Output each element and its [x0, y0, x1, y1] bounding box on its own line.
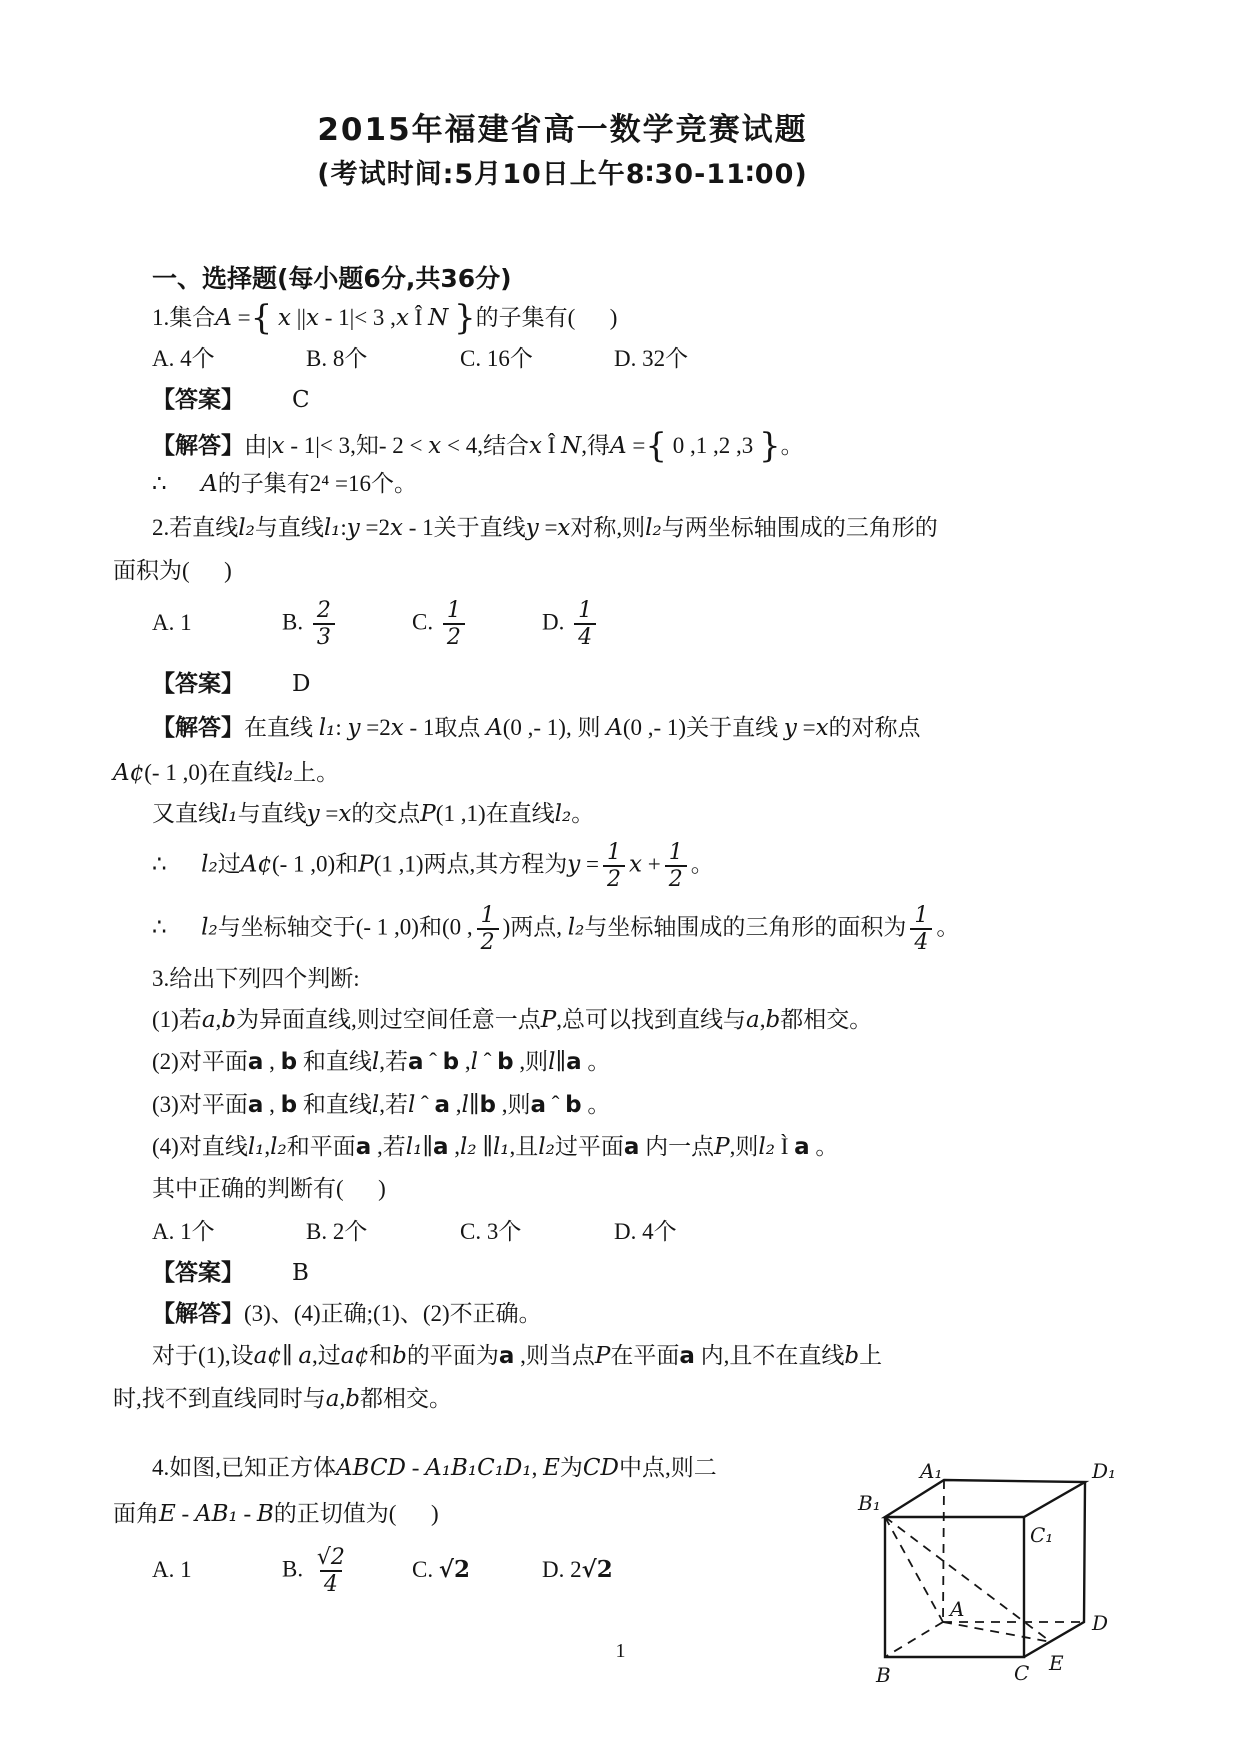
- q3-judgment-1: (1)若a,b为异面直线,则过空间任意一点P,总可以找到直线与a,b都相交。: [152, 1004, 872, 1036]
- q4-option-a: A. 1: [152, 1554, 278, 1585]
- q1-answer-line: 【答案】C: [152, 384, 310, 416]
- q4-option-d: D. 2√2: [542, 1554, 668, 1585]
- q2-stem-line2: 面积为( ): [113, 555, 232, 586]
- q1-answer-value: C: [292, 387, 310, 413]
- q1-conclusion: ∴ A的子集有2⁴ =16个。: [152, 468, 417, 500]
- q2-answer-label: 【答案】: [152, 671, 244, 696]
- q3-judgment-4: (4)对直线l₁,l₂和平面a ,若l₁∥a ,l₂ ∥l₁,且l₂过平面a 内…: [152, 1131, 838, 1163]
- q2-answer-value: D: [292, 671, 310, 697]
- q2-option-a: A. 1: [152, 607, 278, 638]
- q3-options: A. 1个B. 2个C. 3个D. 4个: [152, 1216, 768, 1247]
- q3-solution-line1: 【解答】(3)、(4)正确;(1)、(2)不正确。: [152, 1298, 542, 1329]
- q2-options: A. 1B. 23C. 12D. 14: [152, 598, 672, 651]
- q2-solution-line2: A¢(- 1 ,0)在直线l₂上。: [113, 757, 339, 789]
- q1-option-b: B. 8个: [306, 343, 456, 374]
- q2-option-b: B. 23: [282, 598, 408, 651]
- cube-hidden-edges: [885, 1480, 1084, 1657]
- q3-option-c: C. 3个: [460, 1216, 610, 1247]
- q2-answer-line: 【答案】D: [152, 668, 310, 700]
- cube-diagonals: [885, 1517, 1051, 1642]
- q3-stem2: 其中正确的判断有( ): [152, 1173, 386, 1204]
- vertex-label-a: A: [948, 1597, 964, 1621]
- q2-stem-line1: 2.若直线l₂与直线l₁:y =2x - 1关于直线y =x对称,则l₂与两坐标…: [152, 512, 938, 544]
- q1-answer-label: 【答案】: [152, 387, 244, 412]
- q3-solution-line2: 对于(1),设a¢∥ a,过a¢和b的平面为a ,则当点P在平面a 内,且不在直…: [152, 1340, 882, 1372]
- q3-judgment-2: (2)对平面a , b 和直线l,若a ˆ b ,l ˆ b ,则l∥a 。: [152, 1046, 610, 1078]
- q4-option-b: B. √24: [282, 1545, 408, 1598]
- q1-options: A. 4个B. 8个C. 16个D. 32个: [152, 343, 768, 374]
- vertex-label-a1: A₁: [918, 1459, 942, 1483]
- cube-solid-edges: [885, 1480, 1085, 1657]
- q2-option-c: C. 12: [412, 598, 538, 651]
- exam-page: 2015年福建省高一数学竞赛试题 (考试时间:5月10日上午8∶30-11∶00…: [0, 0, 1241, 1754]
- q2-solution-line3: 又直线l₁与直线y =x的交点P(1 ,1)在直线l₂。: [152, 798, 594, 830]
- q3-judgment-3: (3)对平面a , b 和直线l,若l ˆ a ,l∥b ,则a ˆ b 。: [152, 1089, 610, 1121]
- vertex-label-b: B: [875, 1663, 891, 1687]
- q3-answer-line: 【答案】B: [152, 1257, 309, 1289]
- q3-answer-value: B: [292, 1260, 309, 1286]
- q1-stem: 1.集合A ={ x ||x - 1|< 3 ,x Î N }的子集有( ): [152, 296, 617, 342]
- q2-solution-line1: 【解答】在直线 l₁: y =2x - 1取点 A(0 ,- 1), 则 A(0…: [152, 712, 921, 744]
- q3-stem: 3.给出下列四个判断:: [152, 963, 360, 994]
- page-title: 2015年福建省高一数学竞赛试题: [0, 104, 1125, 149]
- vertex-label-b1: B₁: [857, 1491, 881, 1515]
- q2-option-d: D. 14: [542, 598, 668, 651]
- q1-option-a: A. 4个: [152, 343, 302, 374]
- q1-solution: 【解答】由|x - 1|< 3,知- 2 < x < 4,结合x Î N,得A …: [152, 424, 804, 470]
- q3-option-b: B. 2个: [306, 1216, 456, 1247]
- q3-option-a: A. 1个: [152, 1216, 302, 1247]
- q3-answer-label: 【答案】: [152, 1260, 244, 1285]
- q4-option-c: C. √2: [412, 1554, 538, 1585]
- exam-time-subtitle: (考试时间:5月10日上午8∶30-11∶00): [0, 152, 1125, 191]
- q2-solution-line5: ∴ l₂与坐标轴交于(- 1 ,0)和(0 ,12)两点, l₂与坐标轴围成的三…: [152, 903, 959, 956]
- q1-option-d: D. 32个: [614, 343, 764, 374]
- q4-options: A. 1B. √24C. √2D. 2√2: [152, 1545, 672, 1598]
- vertex-label-d: D: [1091, 1611, 1108, 1635]
- vertex-label-d1: D₁: [1091, 1459, 1116, 1483]
- q4-stem-line1: 4.如图,已知正方体ABCD - A₁B₁C₁D₁, E为CD中点,则二: [152, 1452, 717, 1484]
- q1-option-c: C. 16个: [460, 343, 610, 374]
- section-heading: 一、选择题(每小题6分,共36分): [152, 262, 512, 296]
- q3-solution-line3: 时,找不到直线同时与a,b都相交。: [113, 1383, 452, 1415]
- page-number: 1: [0, 1640, 1241, 1663]
- vertex-label-c: C: [1014, 1661, 1029, 1685]
- q4-stem-line2: 面角E - AB₁ - B的正切值为( ): [113, 1498, 439, 1530]
- vertex-label-c1: C₁: [1030, 1523, 1053, 1547]
- q2-solution-line4: ∴ l₂过A¢(- 1 ,0)和P(1 ,1)两点,其方程为y =12x +12…: [152, 840, 714, 893]
- q3-option-d: D. 4个: [614, 1216, 764, 1247]
